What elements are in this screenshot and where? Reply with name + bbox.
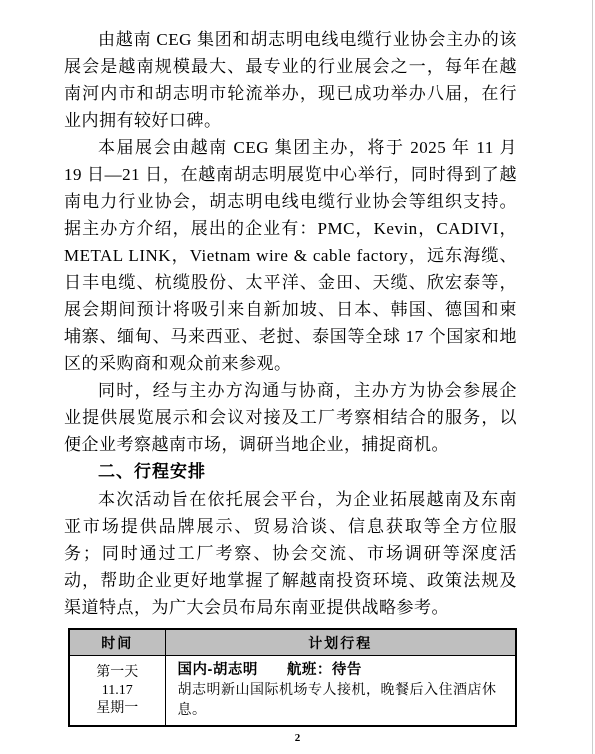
section-heading-itinerary: 二、行程安排: [64, 458, 517, 486]
day1-plan-cell: 国内-胡志明航班：待告 胡志明新山国际机场专人接机，晚餐后入住酒店休息。: [165, 656, 516, 727]
table-header-plan: 计划行程: [165, 629, 516, 656]
day1-weekday: 星期一: [70, 700, 165, 718]
page-number: 2: [0, 732, 595, 744]
paragraph-activity-purpose: 本次活动旨在依托展会平台，为企业拓展越南及东南亚市场提供品牌展示、贸易洽谈、信息…: [64, 486, 517, 621]
day1-date: 11.17: [70, 682, 165, 700]
day1-flight: 航班：待告: [287, 662, 362, 678]
document-page: 由越南 CEG 集团和胡志明电线电缆行业协会主办的该展会是越南规模最大、最专业的…: [0, 0, 595, 754]
itinerary-table: 时间 计划行程 第一天 11.17 星期一 国内-胡志明航班：待告 胡志明: [68, 628, 517, 727]
day1-route: 国内-胡志明: [178, 662, 258, 678]
day1-label: 第一天: [70, 664, 165, 682]
table-row-day1: 第一天 11.17 星期一 国内-胡志明航班：待告 胡志明新山国际机场专人接机，…: [69, 656, 516, 727]
paragraph-exhibition-intro: 由越南 CEG 集团和胡志明电线电缆行业协会主办的该展会是越南规模最大、最专业的…: [64, 26, 517, 134]
table-header-time: 时间: [69, 629, 165, 656]
paragraph-organizer-services: 同时，经与主办方沟通与协商，主办方为协会参展企业提供展览展示和会议对接及工厂考察…: [64, 377, 517, 458]
day1-plan-detail: 胡志明新山国际机场专人接机，晚餐后入住酒店休息。: [178, 681, 506, 721]
table-header-row: 时间 计划行程: [69, 629, 516, 656]
paragraph-exhibition-details: 本届展会由越南 CEG 集团主办，将于 2025 年 11 月 19 日—21 …: [64, 134, 517, 377]
page-content: 由越南 CEG 集团和胡志明电线电缆行业协会主办的该展会是越南规模最大、最专业的…: [64, 26, 517, 727]
day1-time-cell: 第一天 11.17 星期一: [69, 656, 165, 727]
page-edge-line: [592, 0, 593, 754]
day1-plan-title: 国内-胡志明航班：待告: [178, 659, 506, 681]
